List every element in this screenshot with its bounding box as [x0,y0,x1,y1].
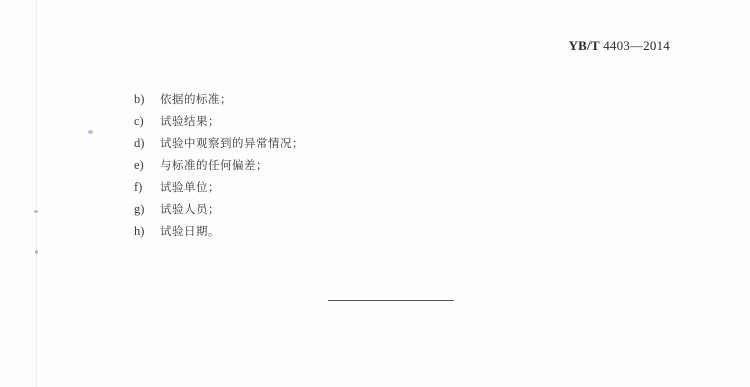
list-item: h) 试验日期。 [134,220,304,242]
list-item-text: 试验单位； [160,179,220,195]
list-item-label: b) [134,92,158,107]
list-item-label: d) [134,136,158,151]
list-item: d) 试验中观察到的异常情况； [134,132,304,154]
document-page: YB/T 4403—2014 b) 依据的标准； c) 试验结果； d) 试验中… [0,0,750,387]
list-item-text: 与标准的任何偏差； [160,157,268,173]
list-item-label: g) [134,202,158,217]
scan-speck [88,130,93,134]
end-of-document-rule [328,300,454,301]
standard-code-number: 4403—2014 [603,38,670,53]
list-item: f) 试验单位； [134,176,304,198]
scan-edge-line [36,0,37,387]
list-item-text: 试验日期。 [160,223,220,239]
standard-code-prefix: YB/T [569,38,600,53]
list-item-label: f) [134,180,158,195]
list-item-text: 试验人员； [160,201,220,217]
scan-speck [34,210,38,213]
scan-speck [35,250,38,254]
list-item-label: e) [134,158,158,173]
list-item: c) 试验结果； [134,110,304,132]
list-item-text: 依据的标准； [160,91,232,107]
list-item: e) 与标准的任何偏差； [134,154,304,176]
list-item-label: c) [134,114,158,129]
list-item-text: 试验结果； [160,113,220,129]
list-item: g) 试验人员； [134,198,304,220]
list-item: b) 依据的标准； [134,88,304,110]
report-content-list: b) 依据的标准； c) 试验结果； d) 试验中观察到的异常情况； e) 与标… [134,88,304,242]
list-item-text: 试验中观察到的异常情况； [160,135,304,151]
list-item-label: h) [134,224,158,239]
standard-code: YB/T 4403—2014 [569,38,670,54]
